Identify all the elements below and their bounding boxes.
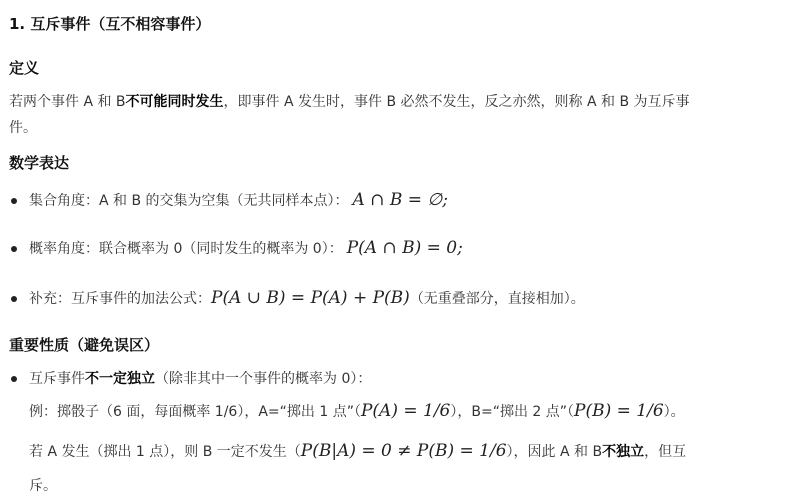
item-text: 集合角度：A 和 B 的交集为空集（无共同样本点）： [29,193,349,209]
properties-heading: 重要性质（避免误区） [9,334,159,355]
item-text: 补充：互斥事件的加法公式： [29,291,211,307]
example-text: ）。 [664,404,685,420]
conclusion-text: ，但互 [644,444,686,460]
math-expression-heading: 数学表达 [9,152,69,173]
definition-line-2: 件。 [9,117,37,137]
item-formula: A ∩ B = ∅; [353,190,448,210]
bullet-icon [11,198,17,204]
example-formula-b: P(B) = 1/6 [574,401,664,421]
list-item-set-view: 集合角度：A 和 B 的交集为空集（无共同样本点）：A ∩ B = ∅; [29,190,448,210]
document: 1. 互斥事件（互不相容事件） 定义 若两个事件 A 和 B不可能同时发生，即事… [0,0,809,504]
definition-text: 若两个事件 A 和 B [9,94,126,110]
definition-heading: 定义 [9,57,39,78]
example-formula-a: P(A) = 1/6 [361,401,450,421]
conclusion-text: 若 A 发生（掷出 1 点），则 B 一定不发生（ [29,444,301,460]
section-title: 1. 互斥事件（互不相容事件） [9,13,210,34]
item-text-cont: （除非其中一个事件的概率为 0）： [155,371,371,387]
list-item-addition-rule: 补充：互斥事件的加法公式：P(A ∪ B) = P(A) + P(B)（无重叠部… [29,288,585,308]
conclusion-emphasis: 不独立 [602,444,644,460]
item-formula: P(A ∩ B) = 0; [347,238,463,258]
item-suffix: （无重叠部分，直接相加）。 [410,291,585,307]
definition-text-cont: ，即事件 A 发生时，事件 B 必然不发生，反之亦然，则称 A 和 B 为互斥事 [224,94,690,110]
item-emphasis: 不一定独立 [85,371,155,387]
conclusion-text: ），因此 A 和 B [507,444,603,460]
conclusion-line-1: 若 A 发生（掷出 1 点），则 B 一定不发生（P(B|A) = 0 ≠ P(… [29,441,686,461]
list-item-probability-view: 概率角度：联合概率为 0（同时发生的概率为 0）：P(A ∩ B) = 0; [29,238,463,258]
bullet-icon [11,246,17,252]
bullet-icon [11,376,17,382]
definition-emphasis: 不可能同时发生 [126,94,224,110]
definition-line-1: 若两个事件 A 和 B不可能同时发生，即事件 A 发生时，事件 B 必然不发生，… [9,91,690,111]
example-text: 例：掷骰子（6 面，每面概率 1/6），A=“掷出 1 点”（ [29,404,361,420]
conclusion-line-2: 斥。 [29,475,57,495]
example-line: 例：掷骰子（6 面，每面概率 1/6），A=“掷出 1 点”（P(A) = 1/… [29,401,685,421]
example-text: ），B=“掷出 2 点”（ [450,404,574,420]
item-text: 互斥事件 [29,371,85,387]
item-text: 概率角度：联合概率为 0（同时发生的概率为 0）： [29,241,343,257]
item-formula: P(A ∪ B) = P(A) + P(B) [211,288,410,308]
bullet-icon [11,296,17,302]
list-item-not-independent: 互斥事件不一定独立（除非其中一个事件的概率为 0）： [29,368,371,388]
conclusion-formula: P(B|A) = 0 ≠ P(B) = 1/6 [301,441,507,461]
